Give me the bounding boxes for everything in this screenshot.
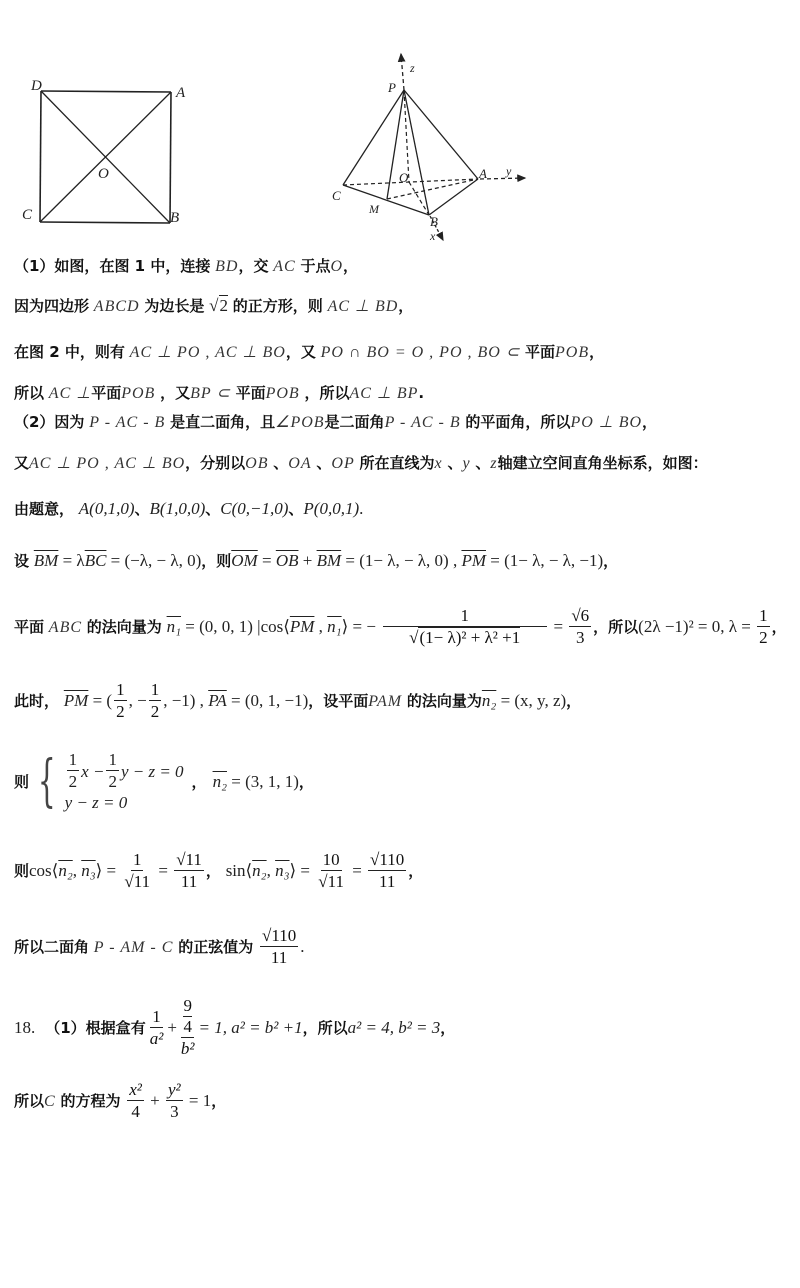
solution-line-11: 则 { 12x −12y − z = 0 y − z = 0 ， n₂ = (3… — [14, 750, 314, 813]
label-o: O — [98, 166, 109, 182]
solution-line-14: 18. （1）根据盒有 1a² + 94b² = 1, a² = b² +1，所… — [14, 988, 455, 1068]
label-a: A — [175, 85, 186, 101]
label-c: C — [22, 207, 33, 223]
figure-pyramid-pabc: P z O A y C M B x — [320, 40, 560, 250]
label-a: A — [478, 166, 487, 181]
solution-line-8: 设 BM = λBC = (−λ, − λ, 0)，则OM = OB + BM … — [14, 551, 618, 571]
fraction: 12 — [757, 606, 770, 649]
problem-number: 18. — [14, 1018, 35, 1038]
solution-line-9: 平面 ABC 的法向量为 n₁ = (0, 0, 1) |cos⟨PM , n₁… — [14, 602, 787, 653]
label-z: z — [409, 61, 415, 75]
label-b: B — [170, 210, 179, 226]
sqrt-2: √2 — [209, 295, 228, 315]
label-m: M — [368, 202, 380, 216]
solution-line-1: （1）如图，在图 1 中，连接 BD，交 AC 于点O， — [14, 256, 358, 277]
solution-line-13: 所以二面角 P - AM - C 的正弦值为 √11011. — [14, 922, 304, 973]
label-p: P — [387, 80, 396, 95]
solution-line-10: 此时， PM = (12, −12, −1) , PA = (0, 1, −1)… — [14, 676, 581, 727]
solution-line-7: 由题意， A(0,1,0)、B(1,0,0)、C(0,−1,0)、P(0,0,1… — [14, 499, 363, 519]
solution-line-3: 在图 2 中，则有 AC ⊥ PO , AC ⊥ BO，又 PO ∩ BO = … — [14, 342, 604, 363]
solution-line-5: （2）因为 P - AC - B 是直二面角，且∠POB是二面角P - AC -… — [14, 412, 657, 433]
label-c: C — [332, 188, 341, 203]
solution-line-4: 所以 AC ⊥平面POB ，又BP ⊂ 平面POB ，所以AC ⊥ BP. — [14, 383, 424, 404]
solution-line-2: 因为四边形 ABCD 为边长是 √2 的正方形，则 AC ⊥ BD， — [14, 296, 413, 317]
solution-line-6: 又AC ⊥ PO , AC ⊥ BO，分别以OB 、OA 、OP 所在直线为x … — [14, 453, 708, 474]
label-x: x — [429, 229, 436, 243]
solution-line-12: 则cos⟨n₂, n₃⟩ = 1√11 = √1111， sin⟨n₂, n₃⟩… — [14, 846, 423, 896]
label-b: B — [430, 214, 438, 229]
label-d: D — [30, 78, 42, 94]
label-y: y — [505, 164, 512, 178]
fraction: √63 — [569, 606, 591, 649]
figure-square-abcd: D A C B O — [20, 72, 190, 232]
label-o: O — [399, 170, 409, 185]
solution-line-15: 所以C 的方程为 x²4 + y²3 = 1， — [14, 1076, 226, 1127]
fraction: 1√(1− λ)² + λ² +1 — [383, 606, 547, 649]
equation-system: { 12x −12y − z = 0 y − z = 0 — [29, 750, 184, 813]
